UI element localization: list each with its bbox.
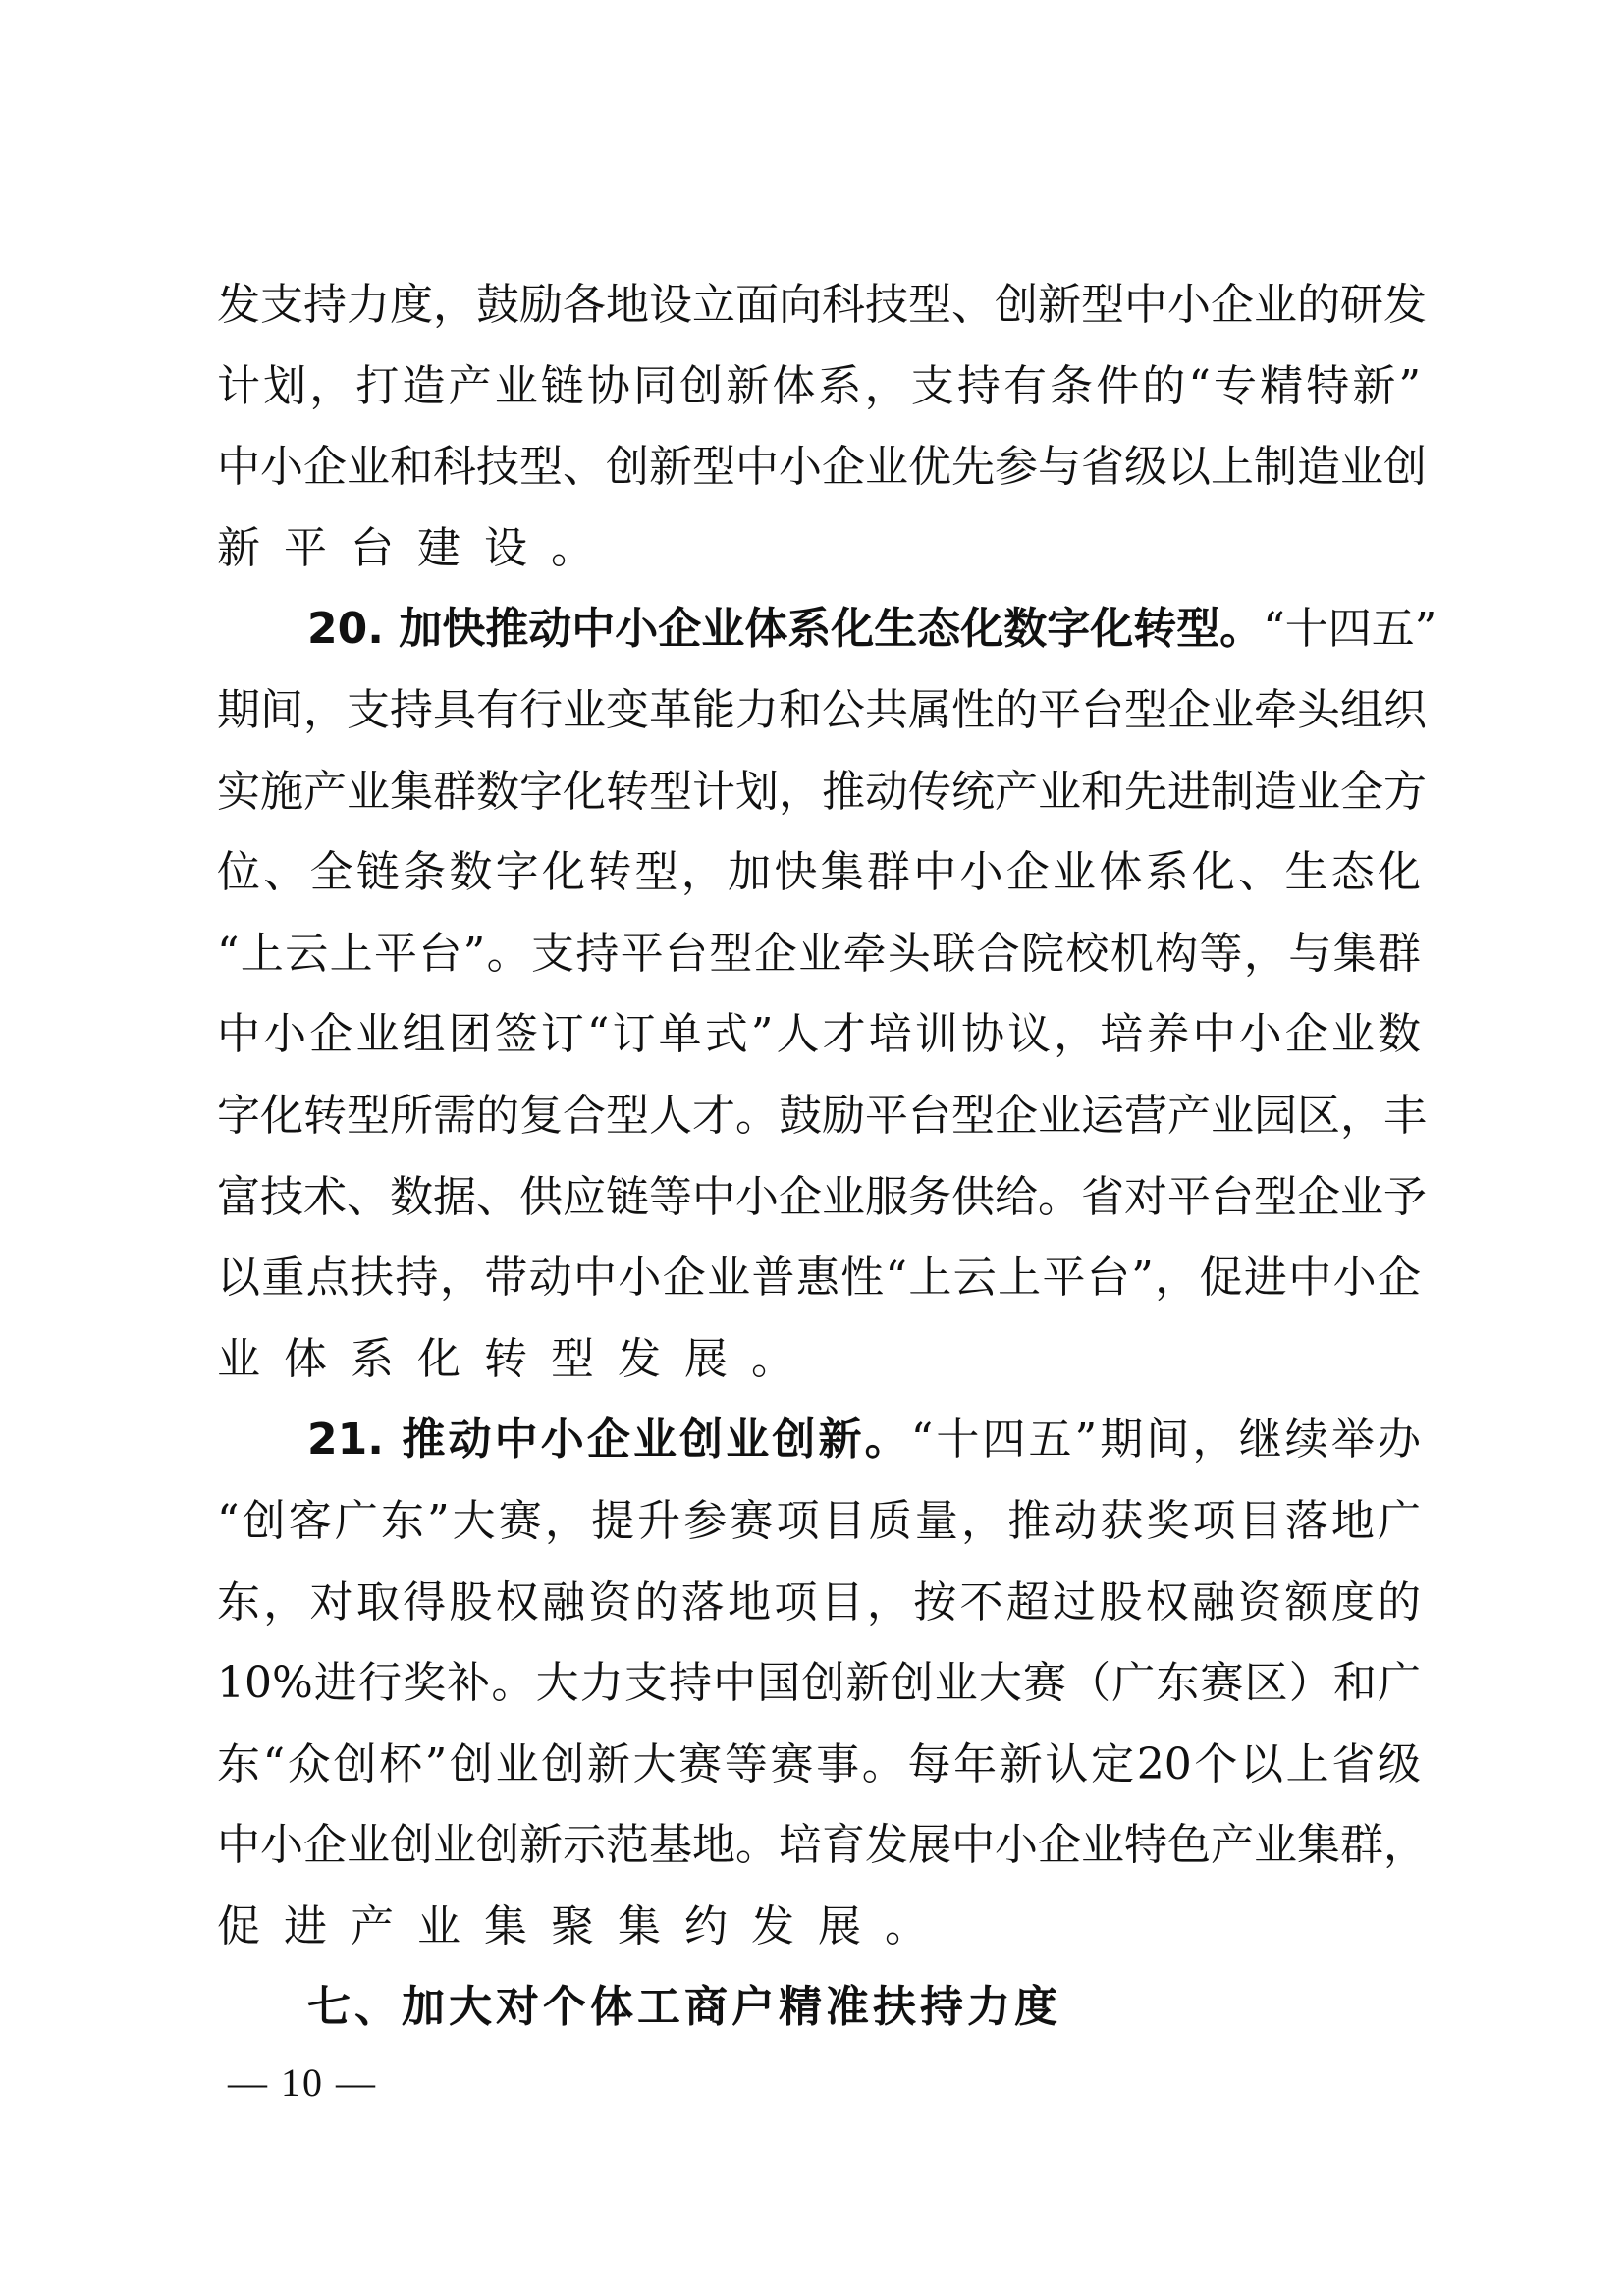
text-line: 位、全链条数字化转型，加快集群中小企业体系化、生态化 <box>217 840 1421 922</box>
text-line: 促进产业集聚集约发展。 <box>217 1895 1421 1976</box>
text-line: 字化转型所需的复合型人才。鼓励平台型企业运营产业园区，丰 <box>217 1084 1421 1165</box>
section-heading: 七、加大对个体工商户精准扶持力度 <box>217 1975 1421 2056</box>
item-21-heading-line: 21. 推动中小企业创业创新。“十四五”期间，继续举办 <box>217 1408 1421 1489</box>
text-line: 中小企业组团签订“订单式”人才培训协议，培养中小企业数 <box>217 1002 1421 1084</box>
item-21-first-line-rest: “十四五”期间，继续举办 <box>911 1415 1421 1465</box>
item-20-heading-line: 20. 加快推动中小企业体系化生态化数字化转型。“十四五” <box>217 597 1421 678</box>
text-line: 实施产业集群数字化转型计划，推动传统产业和先进制造业全方 <box>217 760 1421 841</box>
text-line: 业体系化转型发展。 <box>217 1327 1421 1409</box>
text-line: 以重点扶持，带动中小企业普惠性“上云上平台”，促进中小企 <box>217 1246 1421 1327</box>
text-line: 中小企业和科技型、创新型中小企业优先参与省级以上制造业创 <box>217 435 1421 516</box>
document-body: 发支持力度，鼓励各地设立面向科技型、创新型中小企业的研发 计划，打造产业链协同创… <box>217 273 1421 2056</box>
item-20-title: 20. 加快推动中小企业体系化生态化数字化转型。 <box>307 604 1263 654</box>
text-line: 东“众创杯”创业创新大赛等赛事。每年新认定20个以上省级 <box>217 1733 1421 1814</box>
text-line: 新平台建设。 <box>217 516 1421 598</box>
item-21-title: 21. 推动中小企业创业创新。 <box>307 1415 911 1465</box>
text-line: 富技术、数据、供应链等中小企业服务供给。省对平台型企业予 <box>217 1165 1421 1247</box>
text-line: 中小企业创业创新示范基地。培育发展中小企业特色产业集群， <box>217 1813 1421 1895</box>
text-line: 期间，支持具有行业变革能力和公共属性的平台型企业牵头组织 <box>217 678 1421 760</box>
text-line: “创客广东”大赛，提升参赛项目质量，推动获奖项目落地广 <box>217 1489 1421 1571</box>
text-line: 10%进行奖补。大力支持中国创新创业大赛（广东赛区）和广 <box>217 1651 1421 1733</box>
text-line: 计划，打造产业链协同创新体系，支持有条件的“专精特新” <box>217 354 1421 436</box>
text-line: 发支持力度，鼓励各地设立面向科技型、创新型中小企业的研发 <box>217 273 1421 354</box>
item-20-first-line-rest: “十四五” <box>1263 604 1436 654</box>
text-line: “上云上平台”。支持平台型企业牵头联合院校机构等，与集群 <box>217 922 1421 1003</box>
text-line: 东，对取得股权融资的落地项目，按不超过股权融资额度的 <box>217 1571 1421 1652</box>
page-number: — 10 — <box>228 2059 377 2106</box>
